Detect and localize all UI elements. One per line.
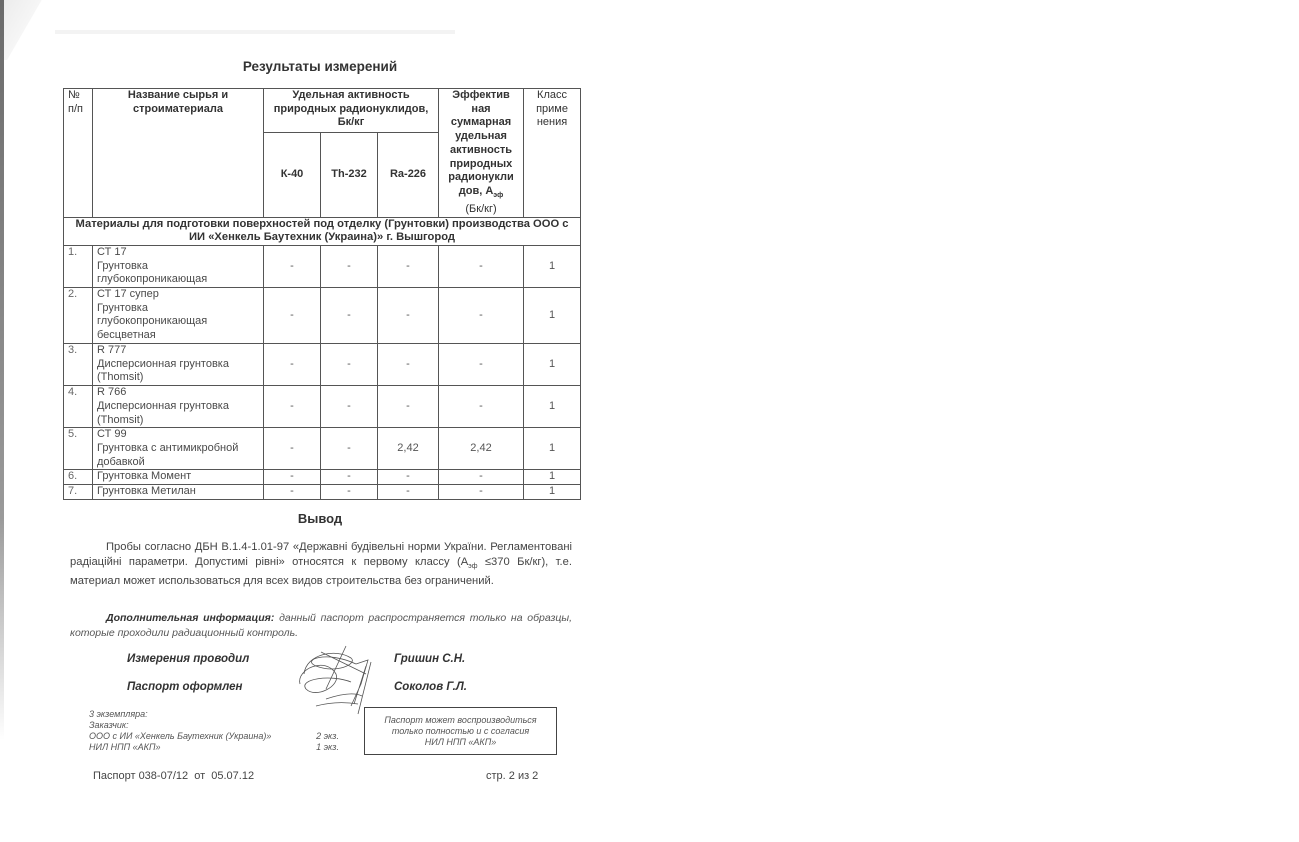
table-row: 7.Грунтовка Метилан----1 <box>64 485 581 500</box>
extra-info: Дополнительная информация: данный паспор… <box>70 611 572 640</box>
row-th232: - <box>321 344 378 386</box>
row-effective: - <box>439 485 524 500</box>
row-ra226: 2,42 <box>378 428 439 470</box>
row-class: 1 <box>524 428 581 470</box>
table-row: 3.R 777Дисперсионная грунтовка(Thomsit)-… <box>64 344 581 386</box>
conclusion-text: Пробы согласно ДБН В.1.4-1.01-97 «Держав… <box>70 540 572 589</box>
conclusion-title: Вывод <box>60 511 580 526</box>
header-effective: Эффектив ная суммарная удельная активнос… <box>439 89 524 218</box>
stamp-line: только полностью и с согласия <box>365 726 556 737</box>
row-k40: - <box>264 344 321 386</box>
row-number: 7. <box>64 485 93 500</box>
row-th232: - <box>321 485 378 500</box>
row-class: 1 <box>524 288 581 344</box>
faint-bleedthrough <box>55 30 455 34</box>
row-ra226: - <box>378 344 439 386</box>
measured-label: Измерения проводил <box>127 653 249 665</box>
row-number: 6. <box>64 470 93 485</box>
row-number: 4. <box>64 386 93 428</box>
header-th232: Th-232 <box>321 132 378 217</box>
copies-item-name: ООО с ИИ «Хенкель Баутехник (Украина)» <box>89 731 271 742</box>
row-effective: - <box>439 386 524 428</box>
row-th232: - <box>321 470 378 485</box>
extra-info-label: Дополнительная информация: <box>106 612 274 624</box>
scan-corner-fold <box>4 0 44 60</box>
row-effective: - <box>439 245 524 287</box>
row-th232: - <box>321 428 378 470</box>
header-num: № п/п <box>64 89 93 218</box>
measured-name: Гришин С.Н. <box>394 653 465 665</box>
row-number: 2. <box>64 288 93 344</box>
table-row: 5.СТ 99Грунтовка с антимикробнойдобавкой… <box>64 428 581 470</box>
table-row: 4.R 766Дисперсионная грунтовка(Thomsit)-… <box>64 386 581 428</box>
copies-header: 3 экземпляра: <box>89 709 339 720</box>
row-material-name: СТ 17 суперГрунтовкаглубокопроникающаябе… <box>93 288 264 344</box>
row-material-name: Грунтовка Момент <box>93 470 264 485</box>
conclusion-sub: эф <box>468 563 477 570</box>
page-title: Результаты измерений <box>60 59 580 74</box>
row-class: 1 <box>524 386 581 428</box>
footer-passport-number: Паспорт 038-07/12 от 05.07.12 <box>93 770 254 782</box>
stamp-line: НИЛ НПП «АКП» <box>365 737 556 748</box>
row-ra226: - <box>378 386 439 428</box>
copies-item-name: НИЛ НПП «АКП» <box>89 742 161 753</box>
table-row: 1.СТ 17Грунтовкаглубокопроникающая----1 <box>64 245 581 287</box>
row-number: 1. <box>64 245 93 287</box>
results-table: № п/п Название сырья и строиматериала Уд… <box>63 88 581 500</box>
row-th232: - <box>321 288 378 344</box>
reproduction-notice-box: Паспорт может воспроизводиться только по… <box>364 707 557 755</box>
row-ra226: - <box>378 245 439 287</box>
row-effective: - <box>439 288 524 344</box>
row-ra226: - <box>378 485 439 500</box>
row-material-name: R 777Дисперсионная грунтовка(Thomsit) <box>93 344 264 386</box>
header-effective-unit: (Бк/кг) <box>465 203 496 215</box>
header-activity-group: Удельная активность природных радионукли… <box>264 89 439 133</box>
copies-item: НИЛ НПП «АКП»1 экз. <box>89 742 339 753</box>
copies-item: ООО с ИИ «Хенкель Баутехник (Украина)»2 … <box>89 731 339 742</box>
footer-page-number: стр. 2 из 2 <box>486 770 538 782</box>
header-class: Класс приме нения <box>524 89 581 218</box>
copies-item-count: 2 экз. <box>316 731 339 742</box>
table-row: 6.Грунтовка Момент----1 <box>64 470 581 485</box>
section-row: Материалы для подготовки поверхностей по… <box>64 217 581 245</box>
issued-label: Паспорт оформлен <box>127 681 243 693</box>
row-material-name: Грунтовка Метилан <box>93 485 264 500</box>
row-ra226: - <box>378 470 439 485</box>
row-effective: - <box>439 344 524 386</box>
row-class: 1 <box>524 485 581 500</box>
section-title: Материалы для подготовки поверхностей по… <box>64 217 581 245</box>
row-number: 3. <box>64 344 93 386</box>
row-ra226: - <box>378 288 439 344</box>
row-class: 1 <box>524 344 581 386</box>
row-effective: 2,42 <box>439 428 524 470</box>
row-k40: - <box>264 386 321 428</box>
row-th232: - <box>321 386 378 428</box>
row-k40: - <box>264 288 321 344</box>
header-ra226: Ra-226 <box>378 132 439 217</box>
row-k40: - <box>264 428 321 470</box>
copies-block: 3 экземпляра: Заказчик: ООО с ИИ «Хенкел… <box>89 709 339 753</box>
header-k40: К-40 <box>264 132 321 217</box>
header-effective-text: Эффектив ная суммарная удельная активнос… <box>448 89 513 197</box>
row-material-name: СТ 99Грунтовка с антимикробнойдобавкой <box>93 428 264 470</box>
header-effective-sub: эф <box>493 192 503 199</box>
copies-item-count: 1 экз. <box>316 742 339 753</box>
issued-name: Соколов Г.Л. <box>394 681 467 693</box>
row-th232: - <box>321 245 378 287</box>
row-class: 1 <box>524 470 581 485</box>
table-row: 2.СТ 17 суперГрунтовкаглубокопроникающая… <box>64 288 581 344</box>
row-k40: - <box>264 245 321 287</box>
row-k40: - <box>264 485 321 500</box>
scan-edge-shadow <box>0 0 4 740</box>
row-material-name: СТ 17Грунтовкаглубокопроникающая <box>93 245 264 287</box>
header-name: Название сырья и строиматериала <box>93 89 264 218</box>
row-number: 5. <box>64 428 93 470</box>
row-material-name: R 766Дисперсионная грунтовка(Thomsit) <box>93 386 264 428</box>
row-class: 1 <box>524 245 581 287</box>
copies-customer-label: Заказчик: <box>89 720 339 731</box>
stamp-line: Паспорт может воспроизводиться <box>365 715 556 726</box>
row-effective: - <box>439 470 524 485</box>
row-k40: - <box>264 470 321 485</box>
